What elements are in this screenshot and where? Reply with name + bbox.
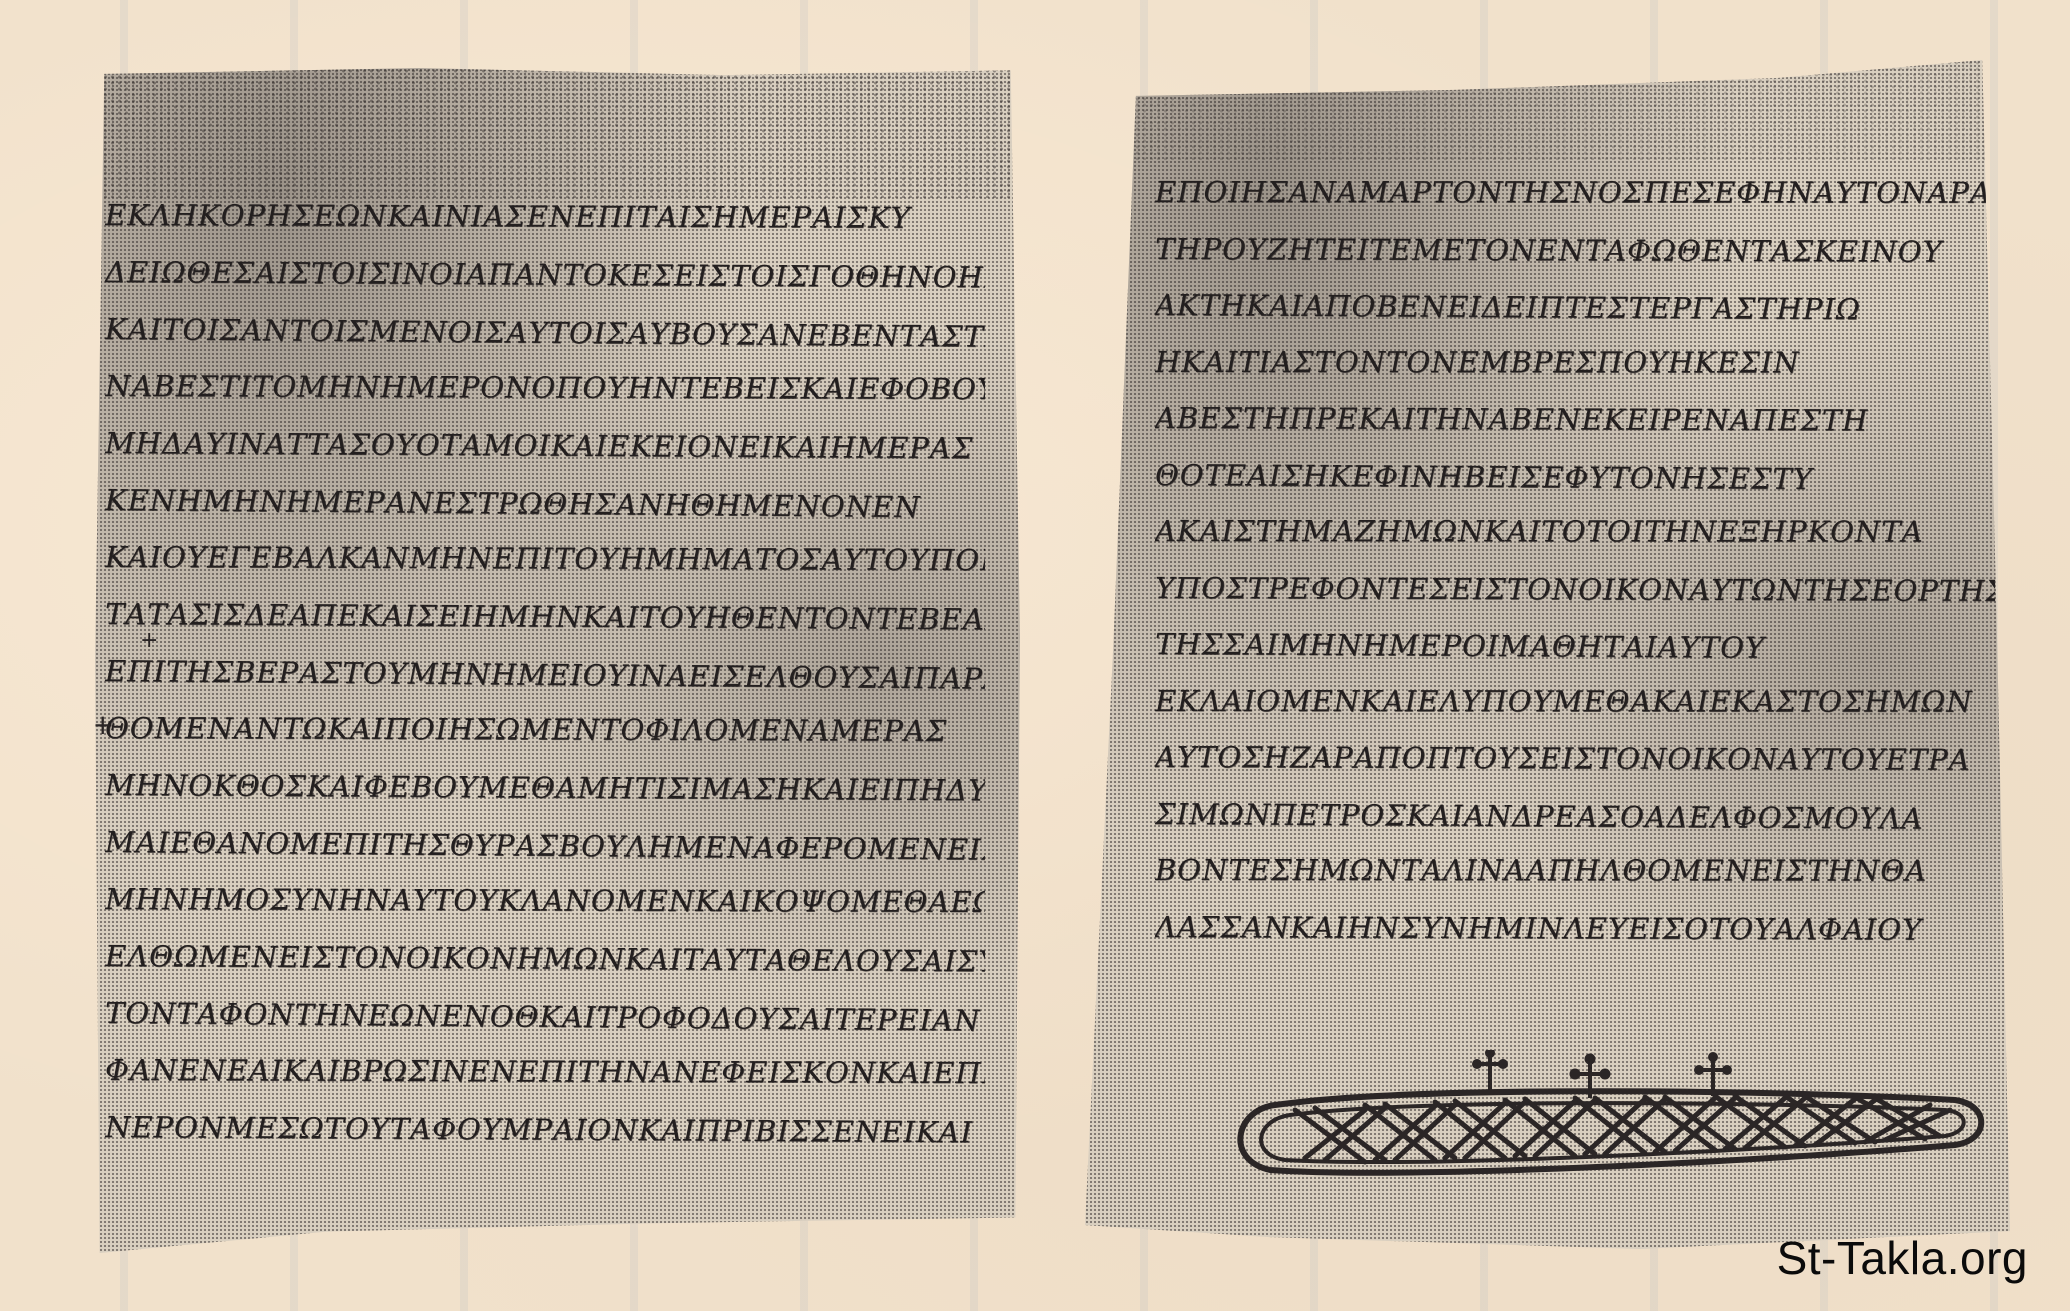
manuscript-text-line: ΑΥΤΟΣΗΖΑΡΑΠΟΠΤΟΥΣΕΙΣΤΟΝΟΙΚΟΝΑΥΤΟΥΕΤΡΑ bbox=[1155, 740, 1995, 777]
manuscript-text-line: ΚΕΝΗΜΗΝΗΜΕΡΑΝΕΣΤΡΩΘΗΣΑΝΗΘΗΜΕΝΟΝΕΝ bbox=[105, 483, 985, 525]
manuscript-text-line: ΜΗΔΑΥΙΝΑΤΤΑΣΟΥΟΤΑΜΟΙΚΑΙΕΚΕΙΟΝΕΙΚΑΙΗΜΕΡΑΣ bbox=[105, 426, 985, 465]
manuscript-text-line: ΜΑΙΕΘΑΝΟΜΕΠΙΤΗΣΘΥΡΑΣΒΟΥΛΗΜΕΝΑΦΕΡΟΜΕΝΕΙΣ bbox=[105, 825, 985, 867]
manuscript-text-line: ΤΟΝΤΑΦΟΝΤΗΝΕΩΝΕΝΟΘΚΑΙΤΡΟΦΟΔΟΥΣΑΙΤΕΡΕΙΑΝ bbox=[105, 996, 985, 1038]
left-manuscript-leaf: ΕΚΛΗΚΟΡΗΣΕΩΝΚΑΙΝΙΑΣΕΝΕΠΙΤΑΙΣΗΜΕΡΑΙΣΚΥΔΕΙ… bbox=[95, 68, 1020, 1253]
manuscript-text-line: ΕΚΛΑΙΟΜΕΝΚΑΙΕΛΥΠΟΥΜΕΘΑΚΑΙΕΚΑΣΤΟΣΗΜΩΝ bbox=[1155, 684, 1995, 719]
manuscript-text-line: ΤΑΤΑΣΙΣΔΕΑΠΕΚΑΙΣΕΙΗΜΗΝΚΑΙΤΟΥΗΘΕΝΤΟΝΤΕΒΕΑ… bbox=[105, 597, 985, 636]
manuscript-text-line: ΦΑΝΕΝΕΑΙΚΑΙΒΡΩΣΙΝΕΝΕΠΙΤΗΝΑΝΕΦΕΙΣΚΟΝΚΑΙΕΠ… bbox=[105, 1053, 985, 1090]
manuscript-text-line: ΤΗΣΣΑΙΜΗΝΗΜΕΡΟΙΜΑΘΗΤΑΙΑΥΤΟΥ bbox=[1155, 627, 1995, 666]
manuscript-text-line: ΔΕΙΩΘΕΣΑΙΣΤΟΙΣΙΝΟΙΑΠΑΝΤΟΚΕΣΕΙΣΤΟΙΣΓΟΘΗΝΟ… bbox=[105, 255, 985, 294]
cross-icon bbox=[1474, 1050, 1506, 1095]
manuscript-text-line: ΣΙΜΩΝΠΕΤΡΟΣΚΑΙΑΝΔΡΕΑΣΟΑΔΕΛΦΟΣΜΟΥΛΑ bbox=[1155, 797, 1995, 836]
manuscript-text-line: ΑΚΑΙΣΤΗΜΑΖΗΜΩΝΚΑΙΤΟΤΟΙΤΗΝΕΞΗΡΚΟΝΤΑ bbox=[1155, 514, 1995, 549]
manuscript-text-line: ΕΠΟΙΗΣΑΝΑΜΑΡΤΟΝΤΗΣΝΟΣΠΕΣΕΦΗΝΑΥΤΟΝΑΡΑΣ bbox=[1155, 175, 1995, 210]
manuscript-text-line: ΚΑΙΤΟΙΣΑΝΤΟΙΣΜΕΝΟΙΣΑΥΤΟΙΣΑΥΒΟΥΣΑΝΕΒΕΝΤΑΣ… bbox=[105, 312, 985, 354]
left-leaf-text-block: ΕΚΛΗΚΟΡΗΣΕΩΝΚΑΙΝΙΑΣΕΝΕΠΙΤΑΙΣΗΜΕΡΑΙΣΚΥΔΕΙ… bbox=[95, 68, 1020, 1253]
braided-interlace-ornament bbox=[1215, 1050, 2005, 1190]
manuscript-text-line: ΜΗΝΗΜΟΣΥΝΗΝΑΥΤΟΥΚΛΑΝΟΜΕΝΚΑΙΚΟΨΟΜΕΘΑΕΩΣ bbox=[105, 882, 985, 919]
manuscript-text-line: ΜΗΝΟΚΘΟΣΚΑΙΦΕΒΟΥΜΕΘΑΜΗΤΙΣΙΜΑΣΗΚΑΙΕΙΠΗΔΥ bbox=[105, 768, 985, 807]
manuscript-text-line: ΝΕΡΟΝΜΕΣΩΤΟΥΤΑΦΟΥΜΡΑΙΟΝΚΑΙΠΡΙΒΙΣΣΕΝΕΙΚΑΙ bbox=[105, 1110, 985, 1149]
manuscript-text-line: ΘΟΜΕΝΑΝΤΩΚΑΙΠΟΙΗΣΩΜΕΝΤΟΦΙΛΟΜΕΝΑΜΕΡΑΣ bbox=[105, 711, 985, 748]
margin-cross-mark: + bbox=[95, 708, 114, 741]
manuscript-text-line: ΑΒΕΣΤΗΠΡΕΚΑΙΤΗΝΑΒΕΝΕΚΕΙΡΕΝΑΠΕΣΤΗ bbox=[1155, 401, 1995, 438]
manuscript-text-line: ΗΚΑΙΤΙΑΣΤΟΝΤΟΝΕΜΒΡΕΣΠΟΥΗΚΕΣΙΝ bbox=[1155, 345, 1995, 380]
manuscript-text-line: ΚΑΙΟΥΕΓΕΒΑΛΚΑΝΜΗΝΕΠΙΤΟΥΗΜΗΜΑΤΟΣΑΥΤΟΥΠΟΗΣ… bbox=[105, 540, 985, 577]
manuscript-text-line: ΛΑΣΣΑΝΚΑΙΗΝΣΥΝΗΜΙΝΛΕΥΕΙΣΟΤΟΥΑΛΦΑΙΟΥ bbox=[1155, 910, 1995, 947]
manuscript-text-line: ΕΛΘΩΜΕΝΕΙΣΤΟΝΟΙΚΟΝΗΜΩΝΚΑΙΤΑΥΤΑΘΕΛΟΥΣΑΙΣΥ… bbox=[105, 939, 985, 978]
manuscript-text-line: ΑΚΤΗΚΑΙΑΠΟΒΕΝΕΙΔΕΙΠΤΕΣΤΕΡΓΑΣΤΗΡΙΩ bbox=[1155, 288, 1995, 327]
manuscript-text-line: ΘΟΤΕΑΙΣΗΚΕΦΙΝΗΒΕΙΣΕΦΥΤΟΝΗΣΕΣΤΥ bbox=[1155, 458, 1995, 497]
manuscript-text-line: ΒΟΝΤΕΣΗΜΩΝΤΑΛΙΝΑΑΠΗΛΘΟΜΕΝΕΙΣΤΗΝΘΑ bbox=[1155, 853, 1995, 888]
manuscript-text-line: ΥΠΟΣΤΡΕΦΟΝΤΕΣΕΙΣΤΟΝΟΙΚΟΝΑΥΤΩΝΤΗΣΕΟΡΤΗΣ bbox=[1155, 571, 1995, 608]
margin-tick-mark: + bbox=[140, 628, 158, 653]
watermark: St-Takla.org bbox=[1777, 1231, 2028, 1285]
right-manuscript-leaf: ΕΠΟΙΗΣΑΝΑΜΑΡΤΟΝΤΗΣΝΟΣΠΕΣΕΦΗΝΑΥΤΟΝΑΡΑΣΤΗΡ… bbox=[1085, 60, 2010, 1255]
manuscript-text-line: ΕΚΛΗΚΟΡΗΣΕΩΝΚΑΙΝΙΑΣΕΝΕΠΙΤΑΙΣΗΜΕΡΑΙΣΚΥ bbox=[105, 198, 985, 235]
manuscript-text-line: ΕΠΙΤΗΣΒΕΡΑΣΤΟΥΜΗΝΗΜΕΙΟΥΙΝΑΕΙΣΕΛΘΟΥΣΑΙΠΑΡ… bbox=[105, 654, 985, 696]
manuscript-text-line: ΤΗΡΟΥΖΗΤΕΙΤΕΜΕΤΟΝΕΝΤΑΦΩΘΕΝΤΑΣΚΕΙΝΟΥ bbox=[1155, 232, 1995, 269]
manuscript-text-line: ΝΑΒΕΣΤΙΤΟΜΗΝΗΜΕΡΟΝΟΠΟΥΗΝΤΕΒΕΙΣΚΑΙΕΦΟΒΟΥΝ… bbox=[105, 369, 985, 406]
